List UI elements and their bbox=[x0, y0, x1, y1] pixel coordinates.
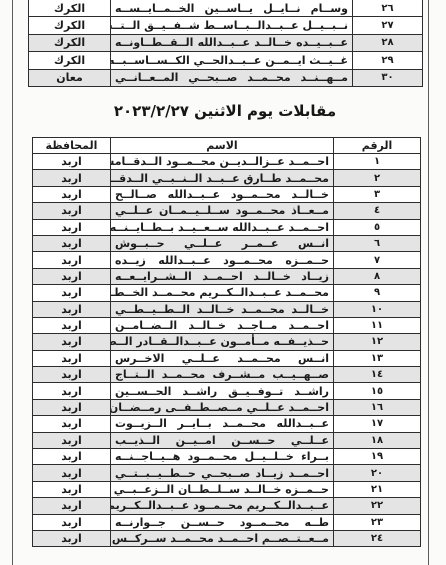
row-number-cell: ١٥ bbox=[334, 383, 421, 399]
row-number-cell: ٥ bbox=[334, 219, 421, 235]
table-row: ٢٨عــبــيــده خــالــد عــبــدالله الــق… bbox=[29, 34, 423, 51]
row-number-cell: ١٢ bbox=[334, 334, 421, 350]
table-row: ١٧عــبــدالله محــمــد بــايــر الــزيــ… bbox=[33, 416, 421, 432]
table-row: ٦انــس عــمــر عــلــي حــبــوشاربد bbox=[33, 235, 421, 251]
governorate-cell: الكرك bbox=[29, 52, 111, 69]
name-cell: عــبــدالله محــمــد بــايــر الــزيــوت bbox=[111, 416, 334, 432]
row-number-cell: ٣٠ bbox=[353, 69, 423, 86]
governorate-cell: اربد bbox=[33, 285, 111, 301]
table-row: ١٥راشــد تــوفــيــق راشــد الحــســينار… bbox=[33, 383, 421, 399]
row-number-cell: ٢٠ bbox=[334, 465, 421, 481]
governorate-cell: اربد bbox=[33, 154, 111, 170]
table-row: ٢١حــمــزه خــالــد ســلــطــان الــزعــ… bbox=[33, 481, 421, 497]
table-row: ٧حــمــزه محــمــود عــبــدالله زيــدهار… bbox=[33, 252, 421, 268]
name-cell: خــالــد محــمــد خــالــد الــطــيــطــ… bbox=[111, 301, 334, 317]
page-title: مقابلات يوم الاثنين ٢٠٢٣/٢/٢٧ bbox=[28, 98, 422, 124]
row-number-cell: ٢٨ bbox=[353, 34, 423, 51]
name-cell: حــمــزه خــالــد ســلــطــان الــزعــبـ… bbox=[111, 481, 334, 497]
row-number-cell: ٢٣ bbox=[334, 514, 421, 530]
row-number-cell: ١٠ bbox=[334, 301, 421, 317]
governorate-cell: اربد bbox=[33, 186, 111, 202]
table-body: ٢٦وســام نــايــل يــاســين الخــمــايــ… bbox=[29, 0, 423, 86]
governorate-cell: اربد bbox=[33, 235, 111, 251]
table-row: ١٩بــراء خــلــيــل محــمــود هــيــاجــ… bbox=[33, 449, 421, 465]
governorate-cell: اربد bbox=[33, 268, 111, 284]
row-number-cell: ٢٢ bbox=[334, 498, 421, 514]
row-number-cell: ١١ bbox=[334, 317, 421, 333]
row-number-cell: ٧ bbox=[334, 252, 421, 268]
page-border-left bbox=[12, 0, 13, 565]
row-number-cell: ١ bbox=[334, 154, 421, 170]
governorate-cell: اربد bbox=[33, 317, 111, 333]
governorate-cell: الكرك bbox=[29, 17, 111, 34]
name-cell: صــهــيــب مــشــرف محــمــد الــتــاج bbox=[111, 367, 334, 383]
page-border-right bbox=[428, 0, 429, 565]
name-cell: عــبــيــده خــالــد عــبــدالله الــقــ… bbox=[111, 34, 353, 51]
table-row: ٥احــمــد عــبــدالله ســعــيــد بــطــا… bbox=[33, 219, 421, 235]
row-number-cell: ٦ bbox=[334, 235, 421, 251]
table-row: ١١احــمــد مــاجــد خــالــد الــضــامــ… bbox=[33, 317, 421, 333]
row-number-cell: ٢٧ bbox=[353, 17, 423, 34]
row-number-cell: ٨ bbox=[334, 268, 421, 284]
table-row: ٣٠مــهــنــد محــمــد صــبحــي المــعــا… bbox=[29, 69, 423, 86]
table-row: ٢٧نــبــيــل عــبــدالــبــاســط شــفــي… bbox=[29, 17, 423, 34]
governorate-cell: الكرك bbox=[29, 0, 111, 17]
row-number-cell: ١٧ bbox=[334, 416, 421, 432]
governorate-cell: اربد bbox=[33, 301, 111, 317]
name-cell: عــبــدالــكــريم محــمــود عــبــدالــك… bbox=[111, 498, 334, 514]
row-number-cell: ١٨ bbox=[334, 432, 421, 448]
interviews-table-irbid: الرقم الاسم المحافظة ١احــمــد عــزالــد… bbox=[32, 137, 421, 547]
name-cell: احــمــد عــبــدالله ســعــيــد بــطــاي… bbox=[111, 219, 334, 235]
name-cell: مــعــتــصــم احــمــد محــمــد ســركــس bbox=[111, 530, 334, 546]
name-cell: مــهــنــد محــمــد صــبحــي المــعــانـ… bbox=[111, 69, 353, 86]
header-number: الرقم bbox=[334, 138, 421, 154]
governorate-cell: الكرك bbox=[29, 34, 111, 51]
row-number-cell: ١٦ bbox=[334, 399, 421, 415]
name-cell: بــراء خــلــيــل محــمــود هــيــاجــنـ… bbox=[111, 449, 334, 465]
name-cell: غــيــث ايــمــن عــبــدالحــي الكــســا… bbox=[111, 52, 353, 69]
table-row: ١٠خــالــد محــمــد خــالــد الــطــيــط… bbox=[33, 301, 421, 317]
row-number-cell: ٢ bbox=[334, 170, 421, 186]
governorate-cell: اربد bbox=[33, 203, 111, 219]
table-row: ٢٠احــمــد زيــاد صــبحــي حــطــيــبــت… bbox=[33, 465, 421, 481]
name-cell: انــس محــمــد عــلــي الاخــرس bbox=[111, 350, 334, 366]
governorate-cell: اربد bbox=[33, 514, 111, 530]
table-row: ٩محــمــد عــبــدالــكــريم محــمــد الخ… bbox=[33, 285, 421, 301]
table-row: ٢٣طــه محــمــود حــســن جــوارنــهاربد bbox=[33, 514, 421, 530]
table-row: ١٤صــهــيــب مــشــرف محــمــد الــتــاج… bbox=[33, 367, 421, 383]
name-cell: حــمــزه محــمــود عــبــدالله زيــده bbox=[111, 252, 334, 268]
name-cell: محــمــد طــارق عــبــد الــنــبــي الــ… bbox=[111, 170, 334, 186]
table-row: ٤مــعــاذ محــمــود ســلــيــمــان عــلـ… bbox=[33, 203, 421, 219]
table-row: ١احــمــد عــزالــديــن محــمــود الــدق… bbox=[33, 154, 421, 170]
name-cell: احــمــد عــلــي مــصــطــفــى رمــضــان bbox=[111, 399, 334, 415]
governorate-cell: اربد bbox=[33, 399, 111, 415]
governorate-cell: اربد bbox=[33, 367, 111, 383]
name-cell: خــالــد محــمــود عــبــدالله صــالــح bbox=[111, 186, 334, 202]
row-number-cell: ٣ bbox=[334, 186, 421, 202]
governorate-cell: اربد bbox=[33, 252, 111, 268]
table-row: ٣خــالــد محــمــود عــبــدالله صــالــح… bbox=[33, 186, 421, 202]
table-row: ١٣انــس محــمــد عــلــي الاخــرساربد bbox=[33, 350, 421, 366]
row-number-cell: ٢٦ bbox=[353, 0, 423, 17]
interviews-table-karak: ٢٦وســام نــايــل يــاســين الخــمــايــ… bbox=[28, 0, 423, 87]
name-cell: احــمــد عــزالــديــن محــمــود الــدقـ… bbox=[111, 154, 334, 170]
governorate-cell: اربد bbox=[33, 416, 111, 432]
name-cell: زيــاد خــالــد احــمــد الــشــرايــعــ… bbox=[111, 268, 334, 284]
row-number-cell: ٢١ bbox=[334, 481, 421, 497]
governorate-cell: اربد bbox=[33, 465, 111, 481]
table-row: ١٨عــلــي حــســن امــيــن الــذيــباربد bbox=[33, 432, 421, 448]
row-number-cell: ٩ bbox=[334, 285, 421, 301]
table-row: ١٢حــذيــفــه مــأمــون عــبــدالــقــاد… bbox=[33, 334, 421, 350]
table-body: ١احــمــد عــزالــديــن محــمــود الــدق… bbox=[33, 154, 421, 547]
name-cell: راشــد تــوفــيــق راشــد الحــســين bbox=[111, 383, 334, 399]
name-cell: احــمــد مــاجــد خــالــد الــضــامــن bbox=[111, 317, 334, 333]
table-row: ١٦احــمــد عــلــي مــصــطــفــى رمــضــ… bbox=[33, 399, 421, 415]
table-row: ٨زيــاد خــالــد احــمــد الــشــرايــعـ… bbox=[33, 268, 421, 284]
governorate-cell: معان bbox=[29, 69, 111, 86]
table-row: ٢٤مــعــتــصــم احــمــد محــمــد ســركـ… bbox=[33, 530, 421, 546]
row-number-cell: ١٩ bbox=[334, 449, 421, 465]
name-cell: احــمــد زيــاد صــبحــي حــطــيــبــتــ… bbox=[111, 465, 334, 481]
row-number-cell: ١٣ bbox=[334, 350, 421, 366]
header-row: الرقم الاسم المحافظة bbox=[33, 138, 421, 154]
name-cell: طــه محــمــود حــســن جــوارنــه bbox=[111, 514, 334, 530]
name-cell: نــبــيــل عــبــدالــبــاســط شــفــيــ… bbox=[111, 17, 353, 34]
row-number-cell: ٢٩ bbox=[353, 52, 423, 69]
row-number-cell: ١٤ bbox=[334, 367, 421, 383]
governorate-cell: اربد bbox=[33, 530, 111, 546]
table-row: ٢٢عــبــدالــكــريم محــمــود عــبــدالـ… bbox=[33, 498, 421, 514]
governorate-cell: اربد bbox=[33, 350, 111, 366]
name-cell: حــذيــفــه مــأمــون عــبــدالــقــادر … bbox=[111, 334, 334, 350]
table-row: ٢محــمــد طــارق عــبــد الــنــبــي الـ… bbox=[33, 170, 421, 186]
governorate-cell: اربد bbox=[33, 449, 111, 465]
header-name: الاسم bbox=[111, 138, 334, 154]
header-governorate: المحافظة bbox=[33, 138, 111, 154]
governorate-cell: اربد bbox=[33, 219, 111, 235]
name-cell: محــمــد عــبــدالــكــريم محــمــد الخـ… bbox=[111, 285, 334, 301]
governorate-cell: اربد bbox=[33, 170, 111, 186]
table-row: ٢٩غــيــث ايــمــن عــبــدالحــي الكــسـ… bbox=[29, 52, 423, 69]
row-number-cell: ٢٤ bbox=[334, 530, 421, 546]
name-cell: انــس عــمــر عــلــي حــبــوش bbox=[111, 235, 334, 251]
governorate-cell: اربد bbox=[33, 481, 111, 497]
name-cell: وســام نــايــل يــاســين الخــمــايــسـ… bbox=[111, 0, 353, 17]
governorate-cell: اربد bbox=[33, 432, 111, 448]
row-number-cell: ٤ bbox=[334, 203, 421, 219]
governorate-cell: اربد bbox=[33, 383, 111, 399]
name-cell: عــلــي حــســن امــيــن الــذيــب bbox=[111, 432, 334, 448]
name-cell: مــعــاذ محــمــود ســلــيــمــان عــلــ… bbox=[111, 203, 334, 219]
governorate-cell: اربد bbox=[33, 498, 111, 514]
table-row: ٢٦وســام نــايــل يــاســين الخــمــايــ… bbox=[29, 0, 423, 17]
governorate-cell: اربد bbox=[33, 334, 111, 350]
